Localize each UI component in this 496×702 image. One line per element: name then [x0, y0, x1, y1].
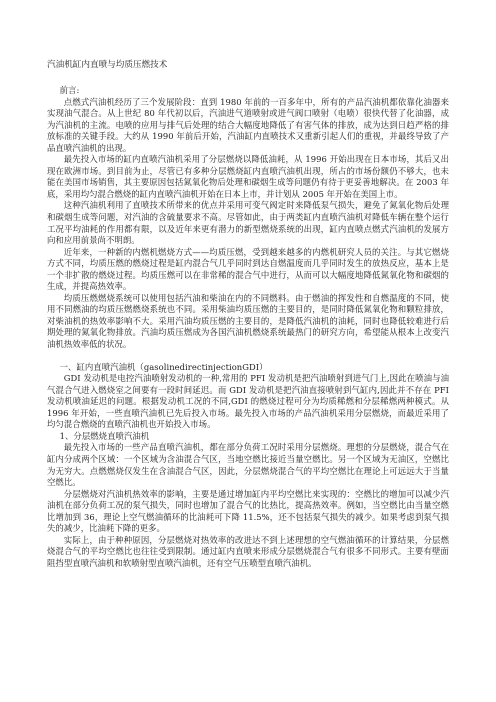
paragraph: 实际上，由于种种原因，分层燃烧对热效率的改进达不到上述理想的空气燃油循环的计算结…	[47, 535, 449, 570]
document-body: 前言: 点燃式汽油机经历了三个发展阶段：直到 1980 年前的一百多年中，所有的…	[47, 85, 449, 569]
paragraph: 最先投入市场的缸内直喷汽油机采用了分层燃烧以降低油耗，从 1996 开始出现在日…	[47, 154, 449, 200]
paragraph: 这种汽油机利用了直喷技术所带来的优点并采用可变气阀定时来降低泵气损失，避免了氮氧…	[47, 200, 449, 246]
preface-label: 前言:	[47, 85, 449, 97]
paragraph: 最先投入市场的一些产品直喷汽油机，都在部分负荷工况时采用分层燃烧。理想的分层燃烧…	[47, 442, 449, 488]
section-heading: 一、缸内直喷汽油机（gasolinedirectinjectionGDI）	[47, 362, 449, 374]
paragraph: 均质压燃燃烧系统可以使用包括汽油和柴油在内的不同燃料。由于燃油的挥发性和自燃温度…	[47, 293, 449, 351]
paragraph: 分层燃烧对汽油机热效率的影响，主要是通过增加缸内平均空燃比来实现的：空燃比的增加…	[47, 489, 449, 535]
paragraph: 近年来，一种新的内燃机燃烧方式——均质压燃，受到越来越多的内燃机研究人员的关注。…	[47, 247, 449, 293]
paragraph: GDI 发动机是电控汽油喷射发动机的一种,常用的 PFI 发动机是把汽油喷射到进…	[47, 373, 449, 431]
subsection-heading: 1、分层燃烧直喷汽油机	[47, 431, 449, 443]
document-title: 汽油机缸内直喷与均质压燃技术	[47, 60, 167, 71]
paragraph: 点燃式汽油机经历了三个发展阶段：直到 1980 年前的一百多年中，所有的产品汽油…	[47, 97, 449, 155]
spacer	[47, 351, 449, 362]
